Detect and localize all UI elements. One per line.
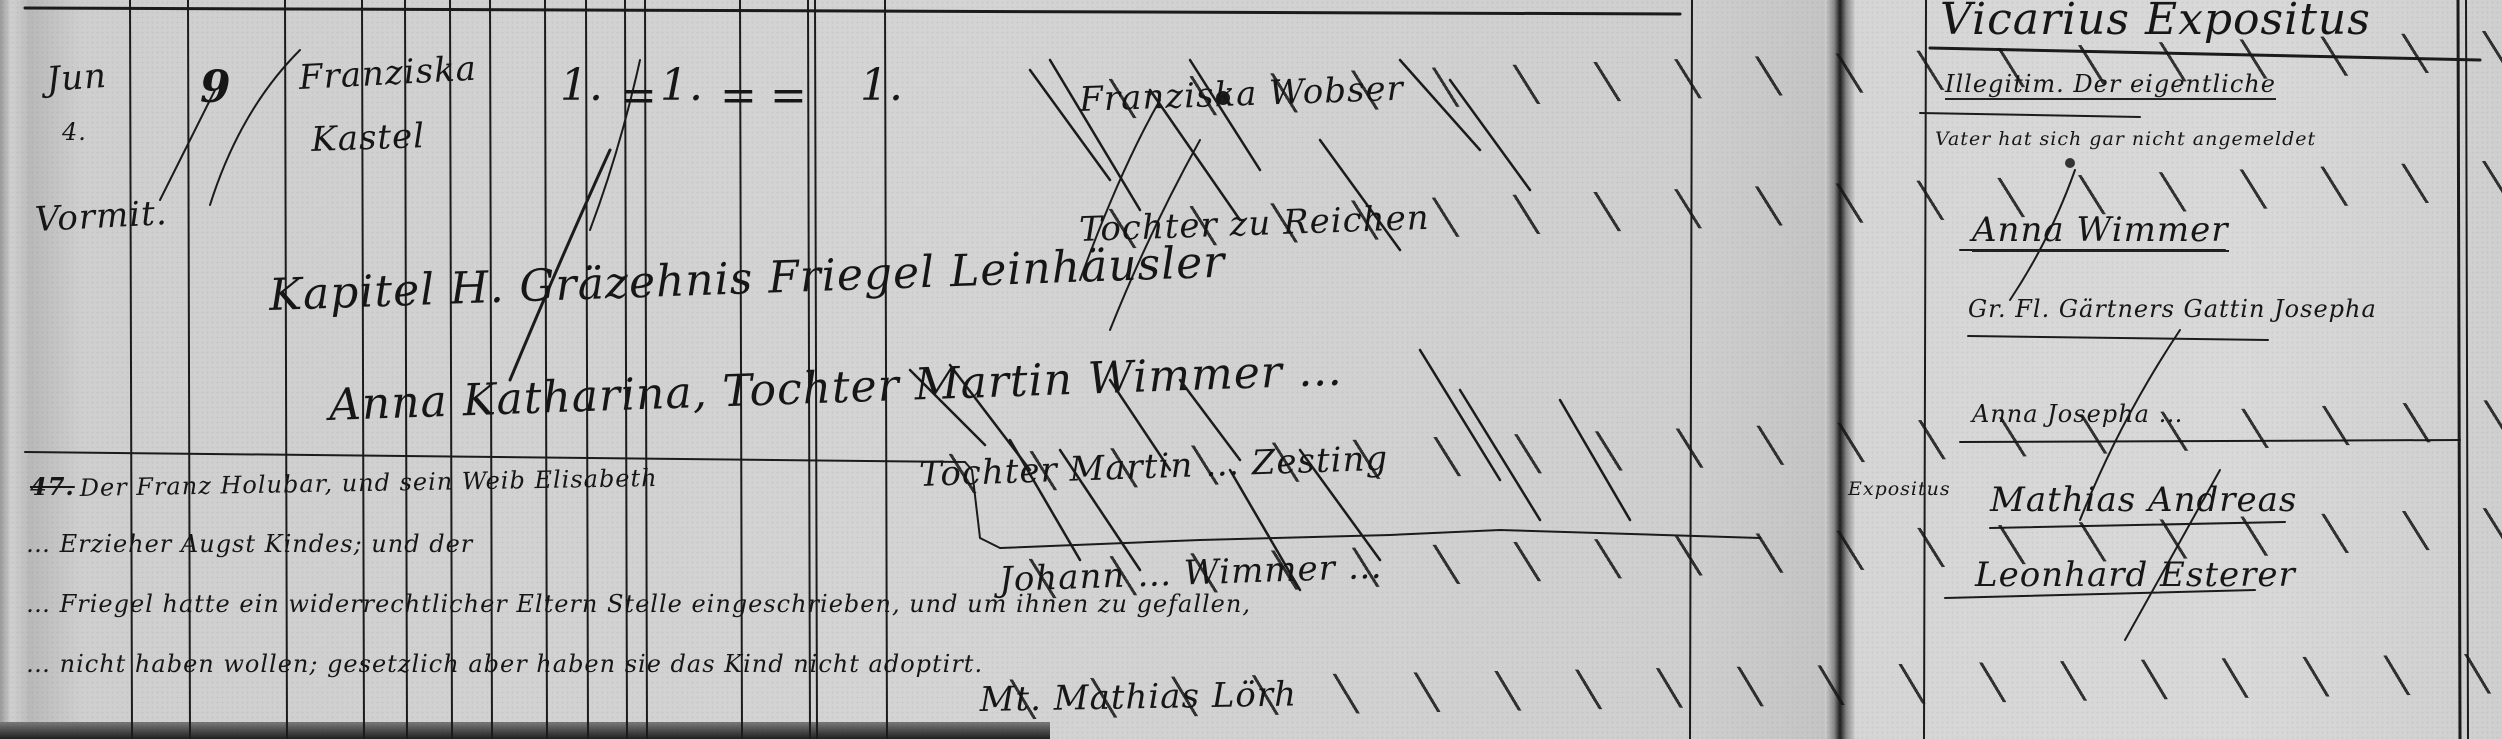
godparent-name: Anna Wimmer <box>1972 210 2229 252</box>
entry-month: Jun <box>45 56 108 100</box>
tally-mark-4: = <box>720 70 758 121</box>
note-line-2: … Erzieher Augst Kindes; und der <box>26 530 473 558</box>
note-line-4: … nicht haben wollen; gesetzlich aber ha… <box>26 650 983 678</box>
tally-mark-1: 1. <box>560 60 604 111</box>
tally-mark-5: = <box>770 70 808 121</box>
tally-mark-2: = <box>620 70 658 121</box>
officiant-label: Expositus <box>1848 478 1951 500</box>
officiant-name-line-1: Mathias Andreas <box>1990 480 2297 520</box>
note-line-3: … Friegel hatte ein widerrechtlicher Elt… <box>26 590 1251 618</box>
entry-day: 4. <box>62 118 87 146</box>
godparent-place: Anna Josepha … <box>1972 400 2184 428</box>
remark-line-2: Vater hat sich gar nicht angemeldet <box>1935 128 2316 150</box>
remark-line-1: Illegitim. Der eigentliche <box>1945 70 2276 100</box>
register-scan: Jun 4. Vormit. 9 Franziska Kastel 1. = 1… <box>0 0 2502 739</box>
child-surname: Kastel <box>311 116 426 160</box>
entry-time-label: Vormit. <box>34 193 169 240</box>
tally-mark-3: 1. <box>660 60 704 111</box>
officiant-name-line-2: Leonhard Esterer <box>1975 555 2296 595</box>
tally-mark-6: 1. <box>860 60 904 111</box>
right-header: Vicarius Expositus <box>1940 0 2371 45</box>
godparent-detail: Gr. Fl. Gärtners Gattin Josepha <box>1968 295 2377 323</box>
note-mark: 47. <box>30 472 75 501</box>
house-number: 9 <box>200 62 232 113</box>
